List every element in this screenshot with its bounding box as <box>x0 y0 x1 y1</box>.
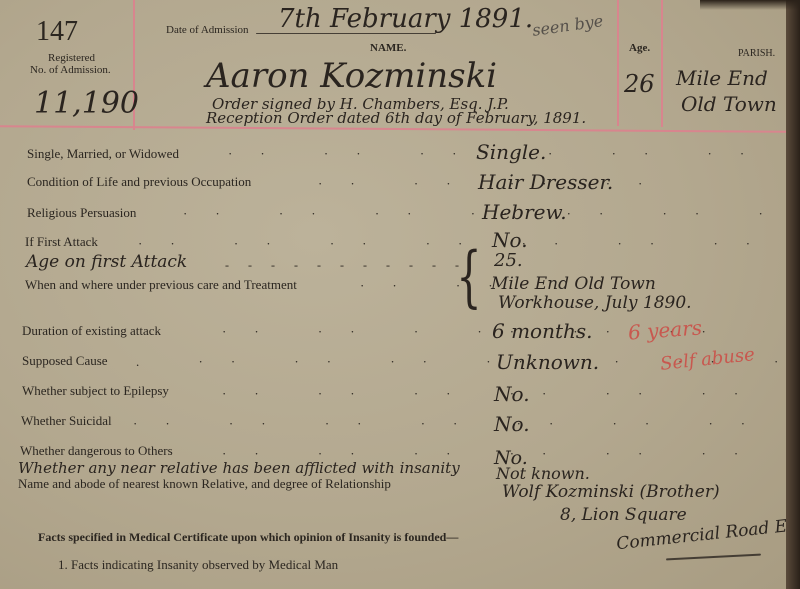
field-value-duration: 6 months. <box>492 319 593 343</box>
field-label-religion: Religious Persuasion <box>27 205 136 221</box>
field-label-first-attack: If First Attack <box>25 234 98 250</box>
field-value-religion: Hebrew. <box>482 200 567 224</box>
fact-item-1: 1. Facts indicating Insanity observed by… <box>58 557 338 573</box>
patient-name: Aaron Kozminski <box>206 56 497 96</box>
date-value: 7th February 1891. <box>278 4 533 34</box>
field-label-age-first-attack: Age on first Attack <box>26 252 187 272</box>
column-divider-parish <box>661 0 663 127</box>
register-label-1: Registered <box>48 52 95 64</box>
date-annotation: seen bye <box>531 11 604 40</box>
date-label: Date of Admission <box>166 24 249 36</box>
field-value-epilepsy: No. <box>494 382 530 406</box>
field-value-relative-name: Wolf Kozminski (Brother) <box>502 482 720 502</box>
order-line-2: Reception Order dated 6th day of Februar… <box>206 109 586 127</box>
field-value-relative-insanity: Not known. <box>496 464 590 483</box>
register-label-2: No. of Admission. <box>30 64 111 76</box>
annotation-cause: Self abuse <box>659 344 756 375</box>
register-number: 147 <box>36 16 78 48</box>
field-label-duration: Duration of existing attack <box>22 323 161 339</box>
register-page: 147 Registered No. of Admission. 11,190 … <box>0 0 786 589</box>
leader-dots: ·· ·· ·· ·· ·· ·· ·· ·· <box>133 416 800 432</box>
field-label-cause: Supposed Cause <box>22 353 108 369</box>
facts-heading: Facts specified in Medical Certificate u… <box>38 530 458 545</box>
field-value-previous-care-2: Workhouse, July 1890. <box>498 293 692 313</box>
field-value-first-attack: No. <box>492 228 528 252</box>
leader-dashes: - - - - - - - - - - - <box>225 258 467 273</box>
field-value-age-first-attack: 25. <box>494 250 523 271</box>
field-value-occupation: Hair Dresser. <box>478 170 613 194</box>
field-label-suicidal: Whether Suicidal <box>21 413 112 429</box>
page-shadow <box>700 0 800 10</box>
parish-line-1: Mile End <box>676 66 768 90</box>
name-label: NAME. <box>370 42 406 54</box>
field-label-marital: Single, Married, or Widowed <box>27 146 179 162</box>
field-value-previous-care-1: Mile End Old Town <box>491 274 656 294</box>
admission-number: 11,190 <box>34 86 139 121</box>
book-edge <box>786 0 800 589</box>
parish-line-2: Old Town <box>681 92 777 116</box>
field-label-dangerous: Whether dangerous to Others <box>20 443 173 459</box>
column-divider-age <box>617 0 619 126</box>
field-value-suicidal: No. <box>494 412 530 436</box>
field-label-occupation: Condition of Life and previous Occupatio… <box>27 174 251 190</box>
field-value-marital: Single. <box>476 140 546 164</box>
parish-label: PARISH. <box>738 48 775 59</box>
field-label-epilepsy: Whether subject to Epilepsy <box>22 383 169 399</box>
age-value: 26 <box>624 70 655 98</box>
brace: { <box>456 244 481 310</box>
field-label-nearest-relative: Name and abode of nearest known Relative… <box>18 476 391 492</box>
age-label: Age. <box>629 42 650 54</box>
field-label-relative-insanity: Whether any near relative has been affli… <box>18 459 460 477</box>
annotation-duration: 6 years <box>627 315 702 344</box>
address-underline <box>666 554 761 561</box>
field-value-cause: Unknown. <box>496 350 599 374</box>
field-label-previous-care: When and where under previous care and T… <box>25 277 297 293</box>
field-value-relative-address-1: 8, Lion Square <box>560 505 687 525</box>
